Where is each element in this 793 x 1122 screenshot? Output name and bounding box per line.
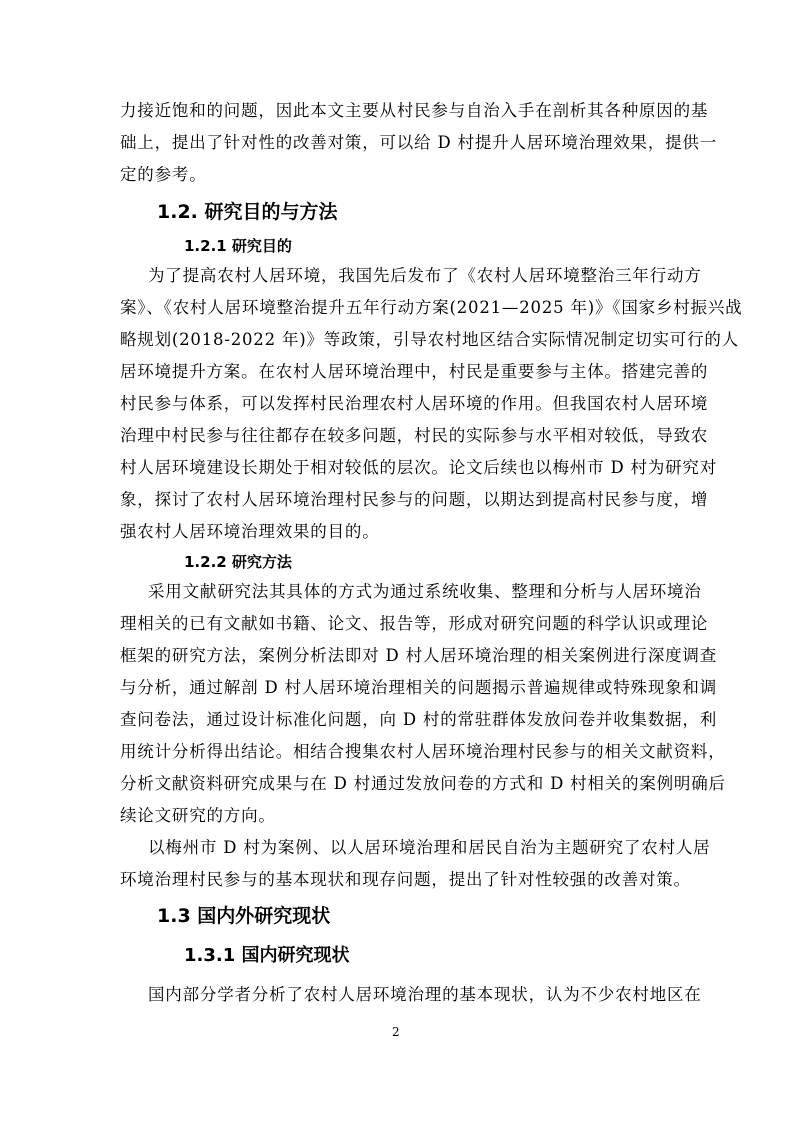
- body-line: 以梅州市 D 村为案例、以人居环境治理和居民自治为主题研究了农村人居: [148, 838, 673, 858]
- subsection-heading-1-3-1: 1.3.1 国内研究现状: [184, 944, 350, 968]
- body-line: 续论文研究的方向。: [120, 806, 673, 826]
- body-line: 框架的研究方法，案例分析法即对 D 村人居环境治理的相关案例进行深度调查: [120, 646, 673, 666]
- body-line: 村人居环境建设长期处于相对较低的层次。论文后续也以梅州市 D 村为研究对: [120, 458, 673, 478]
- body-line: 治理中村民参与往往都存在较多问题，村民的实际参与水平相对较低，导致农: [120, 426, 673, 446]
- page-number: 2: [392, 1025, 400, 1039]
- body-line: 案》、《农村人居环境整治提升五年行动方案(2021—2025 年)》《国家乡村振…: [120, 298, 673, 318]
- section-heading-1-2: 1.2. 研究目的与方法: [157, 200, 338, 224]
- body-line: 村民参与体系，可以发挥村民治理农村人居环境的作用。但我国农村人居环境: [120, 394, 673, 414]
- subsection-heading-1-2-2: 1.2.2 研究方法: [184, 552, 292, 572]
- body-line: 居环境提升方案。在农村人居环境治理中，村民是重要参与主体。搭建完善的: [120, 362, 673, 382]
- body-line: 用统计分析得出结论。相结合搜集农村人居环境治理村民参与的相关文献资料，: [120, 742, 673, 762]
- body-line: 国内部分学者分析了农村人居环境治理的基本现状，认为不少农村地区在: [148, 985, 673, 1005]
- body-line: 为了提高农村人居环境，我国先后发布了《农村人居环境整治三年行动方: [148, 266, 673, 286]
- body-line: 查问卷法，通过设计标准化问题，向 D 村的常驻群体发放问卷并收集数据，利: [120, 710, 673, 730]
- document-page: 力接近饱和的问题，因此本文主要从村民参与自治入手在剖析其各种原因的基 础上，提出…: [0, 0, 793, 1122]
- body-line: 强农村人居环境治理效果的目的。: [120, 522, 673, 542]
- body-line: 力接近饱和的问题，因此本文主要从村民参与自治入手在剖析其各种原因的基: [120, 101, 673, 121]
- body-line: 定的参考。: [120, 165, 673, 185]
- body-line: 理相关的已有文献如书籍、论文、报告等，形成对研究问题的科学认识或理论: [120, 614, 673, 634]
- body-line: 与分析，通过解剖 D 村人居环境治理相关的问题揭示普遍规律或特殊现象和调: [120, 678, 673, 698]
- body-line: 础上，提出了针对性的改善对策，可以给 D 村提升人居环境治理效果，提供一: [120, 133, 673, 153]
- body-line: 采用文献研究法其具体的方式为通过系统收集、整理和分析与人居环境治: [148, 582, 673, 602]
- subsection-heading-1-2-1: 1.2.1 研究目的: [184, 236, 292, 256]
- body-line: 环境治理村民参与的基本现状和现存问题，提出了针对性较强的改善对策。: [120, 870, 673, 890]
- section-heading-1-3: 1.3 国内外研究现状: [157, 904, 330, 928]
- body-line: 分析文献资料研究成果与在 D 村通过发放问卷的方式和 D 村相关的案例明确后: [120, 774, 673, 794]
- body-line: 象，探讨了农村人居环境治理村民参与的问题，以期达到提高村民参与度，增: [120, 490, 673, 510]
- body-line: 略规划(2018-2022 年)》等政策，引导农村地区结合实际情况制定切实可行的…: [120, 330, 673, 350]
